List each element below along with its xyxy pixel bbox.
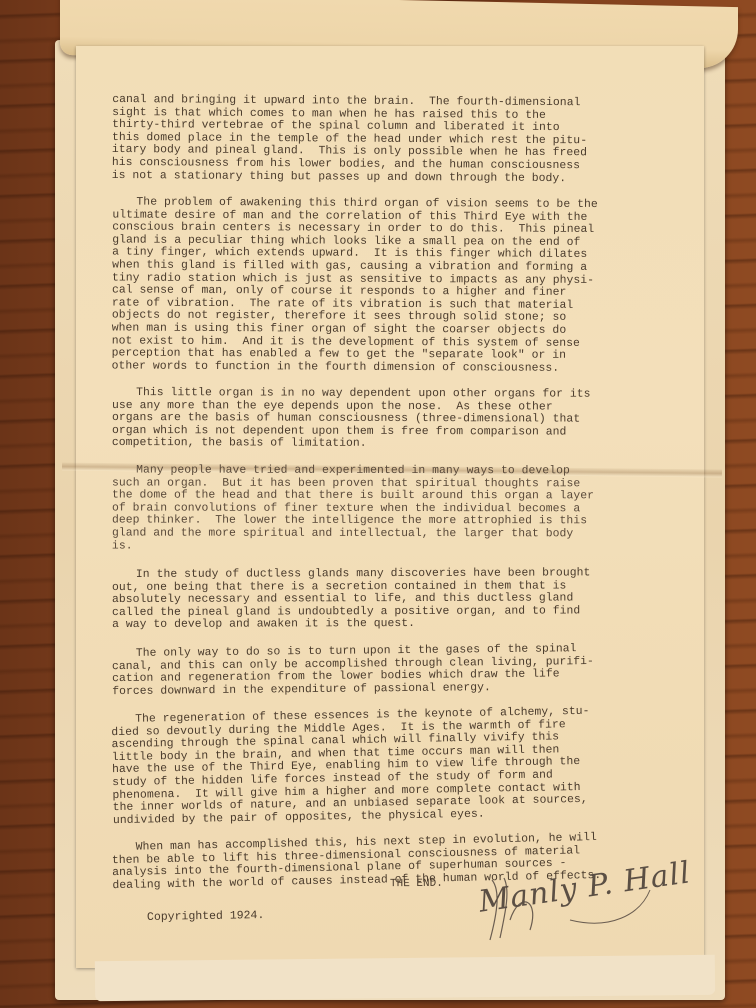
torn-bottom-edge [95, 955, 715, 1001]
paragraph-6: The only way to do so is to turn upon it… [112, 641, 702, 698]
paragraph-1: canal and bringing it upward into the br… [112, 94, 703, 186]
text-line: gland and the more spiritual and intelle… [112, 528, 702, 542]
the-end-label: THE END. [390, 878, 443, 890]
paragraph-7: The regeneration of these essences is th… [111, 704, 703, 828]
text-line: other words to function in the fourth di… [112, 360, 702, 376]
text-line: is. [112, 540, 702, 554]
paragraph-5: In the study of ductless glands many dis… [112, 567, 702, 632]
copyright-notice: Copyrighted 1924. [147, 909, 265, 924]
page-body-text: canal and bringing it upward into the br… [112, 96, 702, 901]
paragraph-3: This little organ is in no way dependent… [112, 387, 702, 452]
text-line: a way to develop and awaken it is the qu… [112, 617, 702, 632]
paragraph-4: Many people have tried and experimented … [112, 465, 702, 554]
text-line: competition, the basis of limitation. [112, 438, 702, 453]
text-line: Many people have tried and experimented … [112, 465, 702, 479]
paragraph-2: The problem of awakening this third orga… [112, 197, 703, 376]
